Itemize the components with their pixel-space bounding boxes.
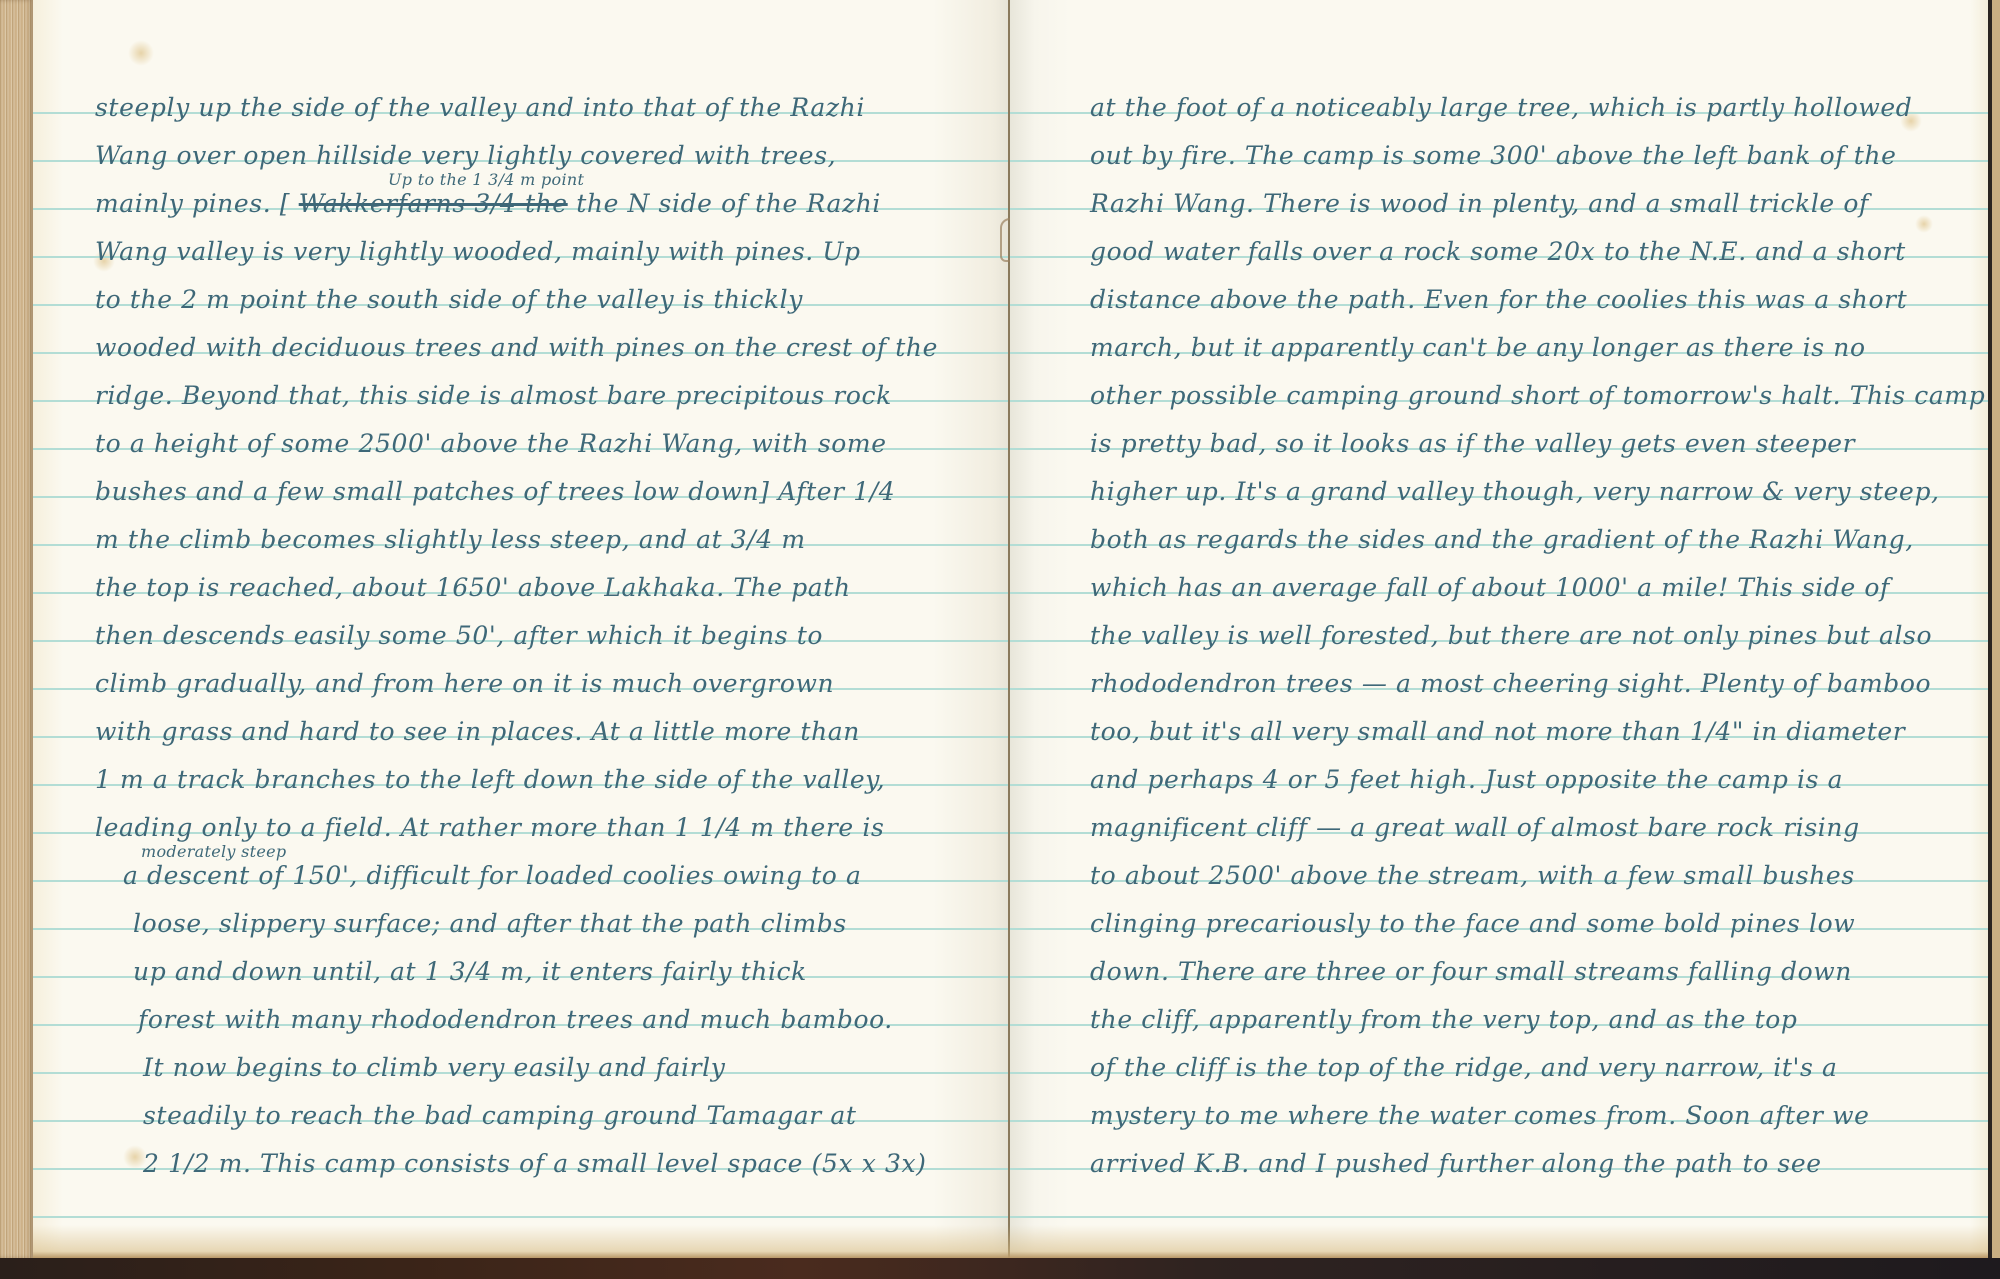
line-text: the N side of the Razhi bbox=[576, 189, 881, 218]
ruled-line bbox=[1010, 1216, 1990, 1218]
handwritten-line: out by fire. The camp is some 300' above… bbox=[1090, 141, 1896, 171]
handwritten-line: up and down until, at 1 3/4 m, it enters… bbox=[133, 957, 807, 987]
handwritten-line: of the cliff is the top of the ridge, an… bbox=[1090, 1053, 1837, 1083]
handwritten-line: at the foot of a noticeably large tree, … bbox=[1090, 93, 1912, 123]
handwritten-line: distance above the path. Even for the co… bbox=[1090, 285, 1907, 315]
handwritten-line: is pretty bad, so it looks as if the val… bbox=[1090, 429, 1855, 459]
handwritten-line: with grass and hard to see in places. At… bbox=[95, 717, 860, 747]
interlinear-insertion: moderately steep bbox=[141, 842, 286, 861]
handwritten-line: m the climb becomes slightly less steep,… bbox=[95, 525, 806, 555]
handwritten-line: It now begins to climb very easily and f… bbox=[143, 1053, 725, 1083]
handwritten-line: arrived K.B. and I pushed further along … bbox=[1090, 1149, 1822, 1179]
handwritten-line: loose, slippery surface; and after that … bbox=[133, 909, 847, 939]
handwritten-line: march, but it apparently can't be any lo… bbox=[1090, 333, 1866, 363]
handwritten-line: ridge. Beyond that, this side is almost … bbox=[95, 381, 892, 411]
paper-stain bbox=[1915, 215, 1933, 233]
handwritten-line: mainly pines. [ Wakkerfarns 3/4 the the … bbox=[95, 189, 881, 219]
handwritten-line: a descent of 150', difficult for loaded … bbox=[123, 861, 862, 891]
handwritten-line: rhododendron trees — a most cheering sig… bbox=[1090, 669, 1931, 699]
line-text: mainly pines. [ bbox=[95, 189, 290, 218]
handwritten-line: the valley is well forested, but there a… bbox=[1090, 621, 1932, 651]
ruled-line bbox=[33, 1216, 1010, 1218]
handwritten-line: Wang valley is very lightly wooded, main… bbox=[95, 237, 861, 267]
handwritten-line: to the 2 m point the south side of the v… bbox=[95, 285, 803, 315]
paper-stain bbox=[128, 40, 154, 66]
handwritten-line: 1 m a track branches to the left down th… bbox=[95, 765, 885, 795]
handwritten-line: and perhaps 4 or 5 feet high. Just oppos… bbox=[1090, 765, 1843, 795]
handwritten-line: which has an average fall of about 1000'… bbox=[1090, 573, 1890, 603]
handwritten-line: forest with many rhododendron trees and … bbox=[138, 1005, 893, 1035]
handwritten-line: good water falls over a rock some 20x to… bbox=[1090, 237, 1906, 267]
background-surface bbox=[0, 1258, 2000, 1279]
handwritten-line: bushes and a few small patches of trees … bbox=[95, 477, 895, 507]
handwritten-line: higher up. It's a grand valley though, v… bbox=[1090, 477, 1940, 507]
handwritten-line: the cliff, apparently from the very top,… bbox=[1090, 1005, 1798, 1035]
handwritten-line: 2 1/2 m. This camp consists of a small l… bbox=[143, 1149, 927, 1179]
handwritten-line: magnificent cliff — a great wall of almo… bbox=[1090, 813, 1860, 843]
interlinear-insertion: Up to the 1 3/4 m point bbox=[388, 170, 584, 189]
handwritten-line: the top is reached, about 1650' above La… bbox=[95, 573, 851, 603]
handwritten-line: too, but it's all very small and not mor… bbox=[1090, 717, 1905, 747]
handwritten-line: climb gradually, and from here on it is … bbox=[95, 669, 834, 699]
handwritten-line: to a height of some 2500' above the Razh… bbox=[95, 429, 887, 459]
handwritten-line: steeply up the side of the valley and in… bbox=[95, 93, 865, 123]
handwritten-line: Razhi Wang. There is wood in plenty, and… bbox=[1090, 189, 1869, 219]
handwritten-line: wooded with deciduous trees and with pin… bbox=[95, 333, 938, 363]
handwritten-line: both as regards the sides and the gradie… bbox=[1090, 525, 1914, 555]
left-page: steeply up the side of the valley and in… bbox=[33, 0, 1010, 1258]
handwritten-line: clinging precariously to the face and so… bbox=[1090, 909, 1855, 939]
right-page: at the foot of a noticeably large tree, … bbox=[1010, 0, 1990, 1258]
handwritten-line: down. There are three or four small stre… bbox=[1090, 957, 1852, 987]
page-stack-edge bbox=[1992, 0, 2000, 1258]
handwritten-line: to about 2500' above the stream, with a … bbox=[1090, 861, 1855, 891]
water-stain bbox=[33, 1225, 1988, 1258]
handwritten-line: other possible camping ground short of t… bbox=[1090, 381, 1985, 411]
struck-through-text: Wakkerfarns 3/4 the bbox=[299, 189, 568, 218]
handwritten-line: steadily to reach the bad camping ground… bbox=[143, 1101, 857, 1131]
handwritten-line: then descends easily some 50', after whi… bbox=[95, 621, 823, 651]
page-stack-edge bbox=[0, 0, 33, 1258]
handwritten-line: leading only to a field. At rather more … bbox=[95, 813, 884, 843]
handwritten-line: mystery to me where the water comes from… bbox=[1090, 1101, 1869, 1131]
handwritten-line: Wang over open hillside very lightly cov… bbox=[95, 141, 836, 171]
notebook-spread: steeply up the side of the valley and in… bbox=[0, 0, 2000, 1258]
